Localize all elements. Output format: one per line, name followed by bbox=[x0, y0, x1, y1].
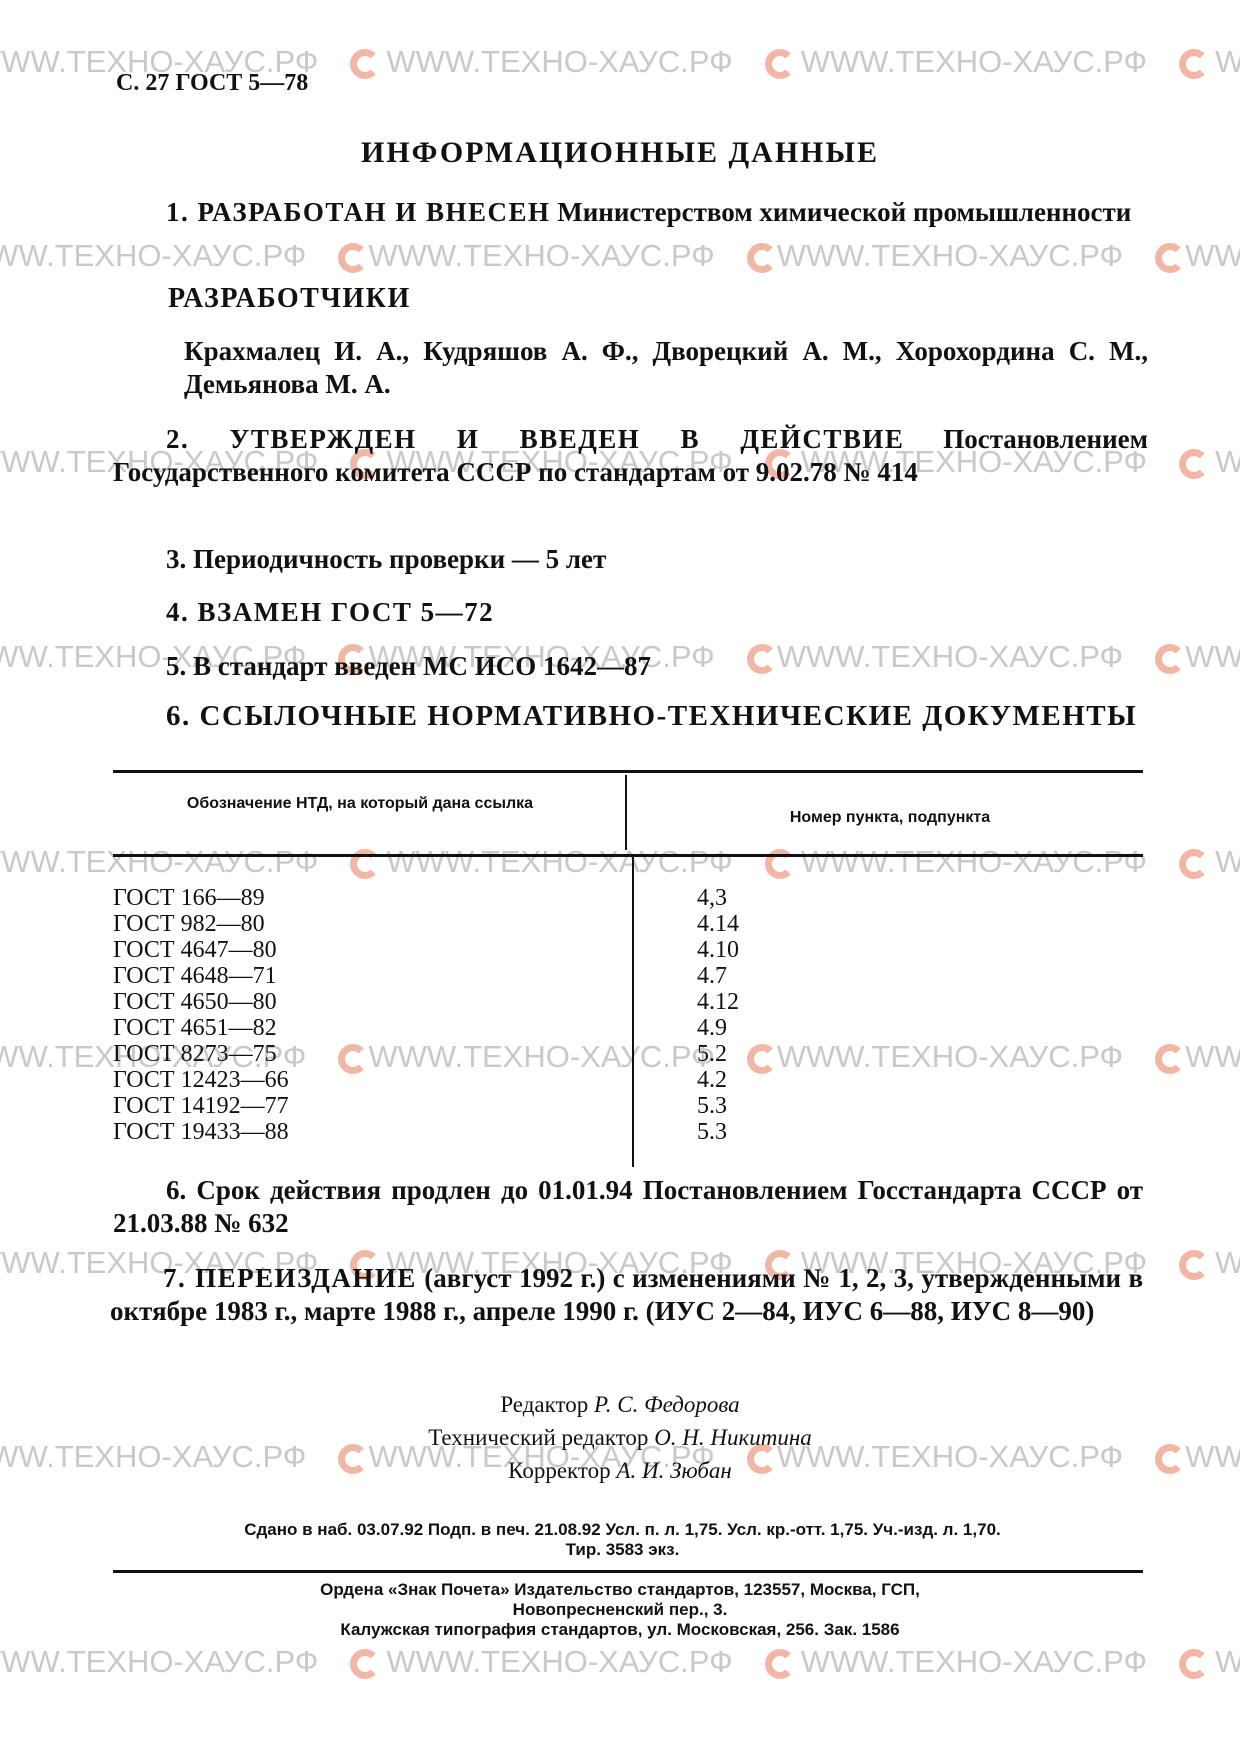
watermark-row: WWW.ТЕХНО-ХАУС.РФWWW.ТЕХНО-ХАУС.РФWWW.ТЕ… bbox=[0, 1642, 1240, 1682]
item-1-text: Министерством химической промышленности bbox=[557, 197, 1131, 227]
item-7-caps: 7. ПЕРЕИЗДАНИЕ bbox=[163, 1263, 417, 1293]
watermark-logo-icon bbox=[1179, 1649, 1209, 1679]
watermark-logo-icon bbox=[1179, 49, 1209, 79]
developers-heading: РАЗРАБОТЧИКИ bbox=[168, 282, 411, 315]
watermark-logo-icon bbox=[1155, 1044, 1185, 1074]
watermark-logo-icon bbox=[747, 1044, 777, 1074]
imprint-rule bbox=[113, 1570, 1143, 1573]
watermark-row: WWW.ТЕХНО-ХАУС.РФWWW.ТЕХНО-ХАУС.РФWWW.ТЕ… bbox=[0, 236, 1240, 276]
table-row-doc: ГОСТ 12423—66 bbox=[113, 1067, 289, 1093]
table-row-doc: ГОСТ 14192—77 bbox=[113, 1093, 289, 1119]
item-1: 1. РАЗРАБОТАН И ВНЕСЕН Министерством хим… bbox=[113, 196, 1148, 229]
watermark-text: WWW.ТЕХНО-ХАУС.РФ bbox=[797, 637, 1123, 677]
watermark-logo-icon bbox=[1155, 644, 1185, 674]
table-row-clause: 4.7 bbox=[697, 963, 739, 989]
watermark-text: WWW.ТЕХНО-ХАУС.РФ bbox=[388, 236, 714, 276]
watermark-logo-icon bbox=[338, 243, 368, 273]
table-row-doc: ГОСТ 8273—75 bbox=[113, 1041, 289, 1067]
table-row-doc: ГОСТ 4650—80 bbox=[113, 989, 289, 1015]
item-6-validity: 6. Срок действия продлен до 01.01.94 Пос… bbox=[113, 1174, 1143, 1240]
table-row-doc: ГОСТ 4651—82 bbox=[113, 1015, 289, 1041]
table-row-clause: 5.3 bbox=[697, 1119, 739, 1145]
table-top-rule bbox=[113, 770, 1143, 773]
watermark-logo-icon bbox=[1179, 1250, 1209, 1280]
page-title: ИНФОРМАЦИОННЫЕ ДАННЫЕ bbox=[0, 136, 1240, 170]
table-doc-column: ГОСТ 166—89ГОСТ 982—80ГОСТ 4647—80ГОСТ 4… bbox=[113, 885, 289, 1145]
table-row-clause: 4.14 bbox=[697, 911, 739, 937]
watermark-text: WWW.ТЕХНО-ХАУС.РФ bbox=[1229, 42, 1240, 82]
item-2-caps: 2. УТВЕРЖДЕН И ВВЕДЕН В ДЕЙСТВИЕ bbox=[166, 424, 904, 454]
table-header-clause: Номер пункта, подпункта bbox=[640, 808, 1140, 827]
watermark-logo-icon bbox=[350, 1649, 380, 1679]
watermark-text: WWW.ТЕХНО-ХАУС.РФ bbox=[1229, 842, 1240, 882]
item-2: 2. УТВЕРЖДЕН И ВВЕДЕН В ДЕЙСТВИЕ Постано… bbox=[113, 423, 1148, 489]
watermark-row: WWW.ТЕХНО-ХАУС.РФWWW.ТЕХНО-ХАУС.РФWWW.ТЕ… bbox=[0, 842, 1240, 882]
watermark-logo-icon bbox=[1155, 243, 1185, 273]
table-row-clause: 4,3 bbox=[697, 885, 739, 911]
item-7: 7. ПЕРЕИЗДАНИЕ (август 1992 г.) с измене… bbox=[110, 1262, 1143, 1328]
watermark-logo-icon bbox=[1179, 449, 1209, 479]
watermark-text: WWW.ТЕХНО-ХАУС.РФ bbox=[388, 1037, 714, 1077]
watermark-text: WWW.ТЕХНО-ХАУС.РФ bbox=[0, 842, 318, 882]
table-row-clause: 4.10 bbox=[697, 937, 739, 963]
item-6: 6. ССЫЛОЧНЫЕ НОРМАТИВНО-ТЕХНИЧЕСКИЕ ДОКУ… bbox=[113, 700, 1148, 733]
table-row-clause: 4.2 bbox=[697, 1067, 739, 1093]
watermark-text: WWW.ТЕХНО-ХАУС.РФ bbox=[815, 42, 1147, 82]
watermark-text: WWW.ТЕХНО-ХАУС.РФ bbox=[0, 236, 306, 276]
table-header-rule bbox=[113, 854, 1143, 857]
table-row-doc: ГОСТ 982—80 bbox=[113, 911, 289, 937]
watermark-logo-icon bbox=[765, 49, 795, 79]
watermark-logo-icon bbox=[765, 1649, 795, 1679]
watermark-text: WWW.ТЕХНО-ХАУС.РФ bbox=[400, 842, 732, 882]
table-row-doc: ГОСТ 4647—80 bbox=[113, 937, 289, 963]
watermark-logo-icon bbox=[350, 49, 380, 79]
table-row-clause: 4.12 bbox=[697, 989, 739, 1015]
table-row-doc: ГОСТ 4648—71 bbox=[113, 963, 289, 989]
watermark-text: WWW.ТЕХНО-ХАУС.РФ bbox=[1229, 1642, 1240, 1682]
watermark-logo-icon bbox=[1179, 849, 1209, 879]
page-header: С. 27 ГОСТ 5—78 bbox=[116, 70, 308, 97]
watermark-text: WWW.ТЕХНО-ХАУС.РФ bbox=[0, 1642, 318, 1682]
item-3: 3. Периодичность проверки — 5 лет bbox=[166, 543, 606, 576]
table-row-doc: ГОСТ 19433—88 bbox=[113, 1119, 289, 1145]
item-1-caps: 1. РАЗРАБОТАН И ВНЕСЕН bbox=[166, 197, 551, 227]
watermark-text: WWW.ТЕХНО-ХАУС.РФ bbox=[797, 236, 1123, 276]
table-header-doc: Обозначение НТД, на который дана ссылка bbox=[170, 794, 550, 813]
watermark-text: WWW.ТЕХНО-ХАУС.РФ bbox=[1205, 236, 1240, 276]
watermark-text: WWW.ТЕХНО-ХАУС.РФ bbox=[1205, 1037, 1240, 1077]
imprint-print-data: Сдано в наб. 03.07.92 Подп. в печ. 21.08… bbox=[100, 1520, 1145, 1560]
developers-list: Крахмалец И. А., Кудряшов А. Ф., Дворецк… bbox=[184, 335, 1148, 401]
item-5: 5. В стандарт введен МС ИСО 1642—87 bbox=[166, 650, 651, 683]
table-row-doc: ГОСТ 166—89 bbox=[113, 885, 289, 911]
credit-tech-editor: Технический редактор О. Н. Никитина bbox=[0, 1421, 1240, 1454]
watermark-text: WWW.ТЕХНО-ХАУС.РФ bbox=[815, 1642, 1147, 1682]
watermark-text: WWW.ТЕХНО-ХАУС.РФ bbox=[400, 1642, 732, 1682]
watermark-text: WWW.ТЕХНО-ХАУС.РФ bbox=[1229, 1243, 1240, 1283]
table-clause-column: 4,34.144.104.74.124.95.24.25.35.3 bbox=[697, 885, 739, 1145]
imprint-publisher: Ордена «Знак Почета» Издательство станда… bbox=[150, 1580, 1090, 1640]
table-row-clause: 4.9 bbox=[697, 1015, 739, 1041]
watermark-text: WWW.ТЕХНО-ХАУС.РФ bbox=[797, 1037, 1123, 1077]
watermark-text: WWW.ТЕХНО-ХАУС.РФ bbox=[1205, 637, 1240, 677]
credits: Редактор Р. С. Федорова Технический реда… bbox=[0, 1388, 1240, 1487]
watermark-logo-icon bbox=[747, 644, 777, 674]
table-column-divider bbox=[632, 857, 634, 1167]
watermark-logo-icon bbox=[747, 243, 777, 273]
watermark-text: WWW.ТЕХНО-ХАУС.РФ bbox=[815, 842, 1147, 882]
watermark-text: WWW.ТЕХНО-ХАУС.РФ bbox=[1229, 442, 1240, 482]
credit-editor: Редактор Р. С. Федорова bbox=[0, 1388, 1240, 1421]
table-row-clause: 5.3 bbox=[697, 1093, 739, 1119]
table-row-clause: 5.2 bbox=[697, 1041, 739, 1067]
watermark-text: WWW.ТЕХНО-ХАУС.РФ bbox=[400, 42, 732, 82]
credit-proofreader: Корректор А. И. Зюбан bbox=[0, 1454, 1240, 1487]
item-4: 4. ВЗАМЕН ГОСТ 5—72 bbox=[166, 596, 494, 629]
watermark-logo-icon bbox=[338, 1044, 368, 1074]
table-column-divider bbox=[625, 775, 627, 850]
